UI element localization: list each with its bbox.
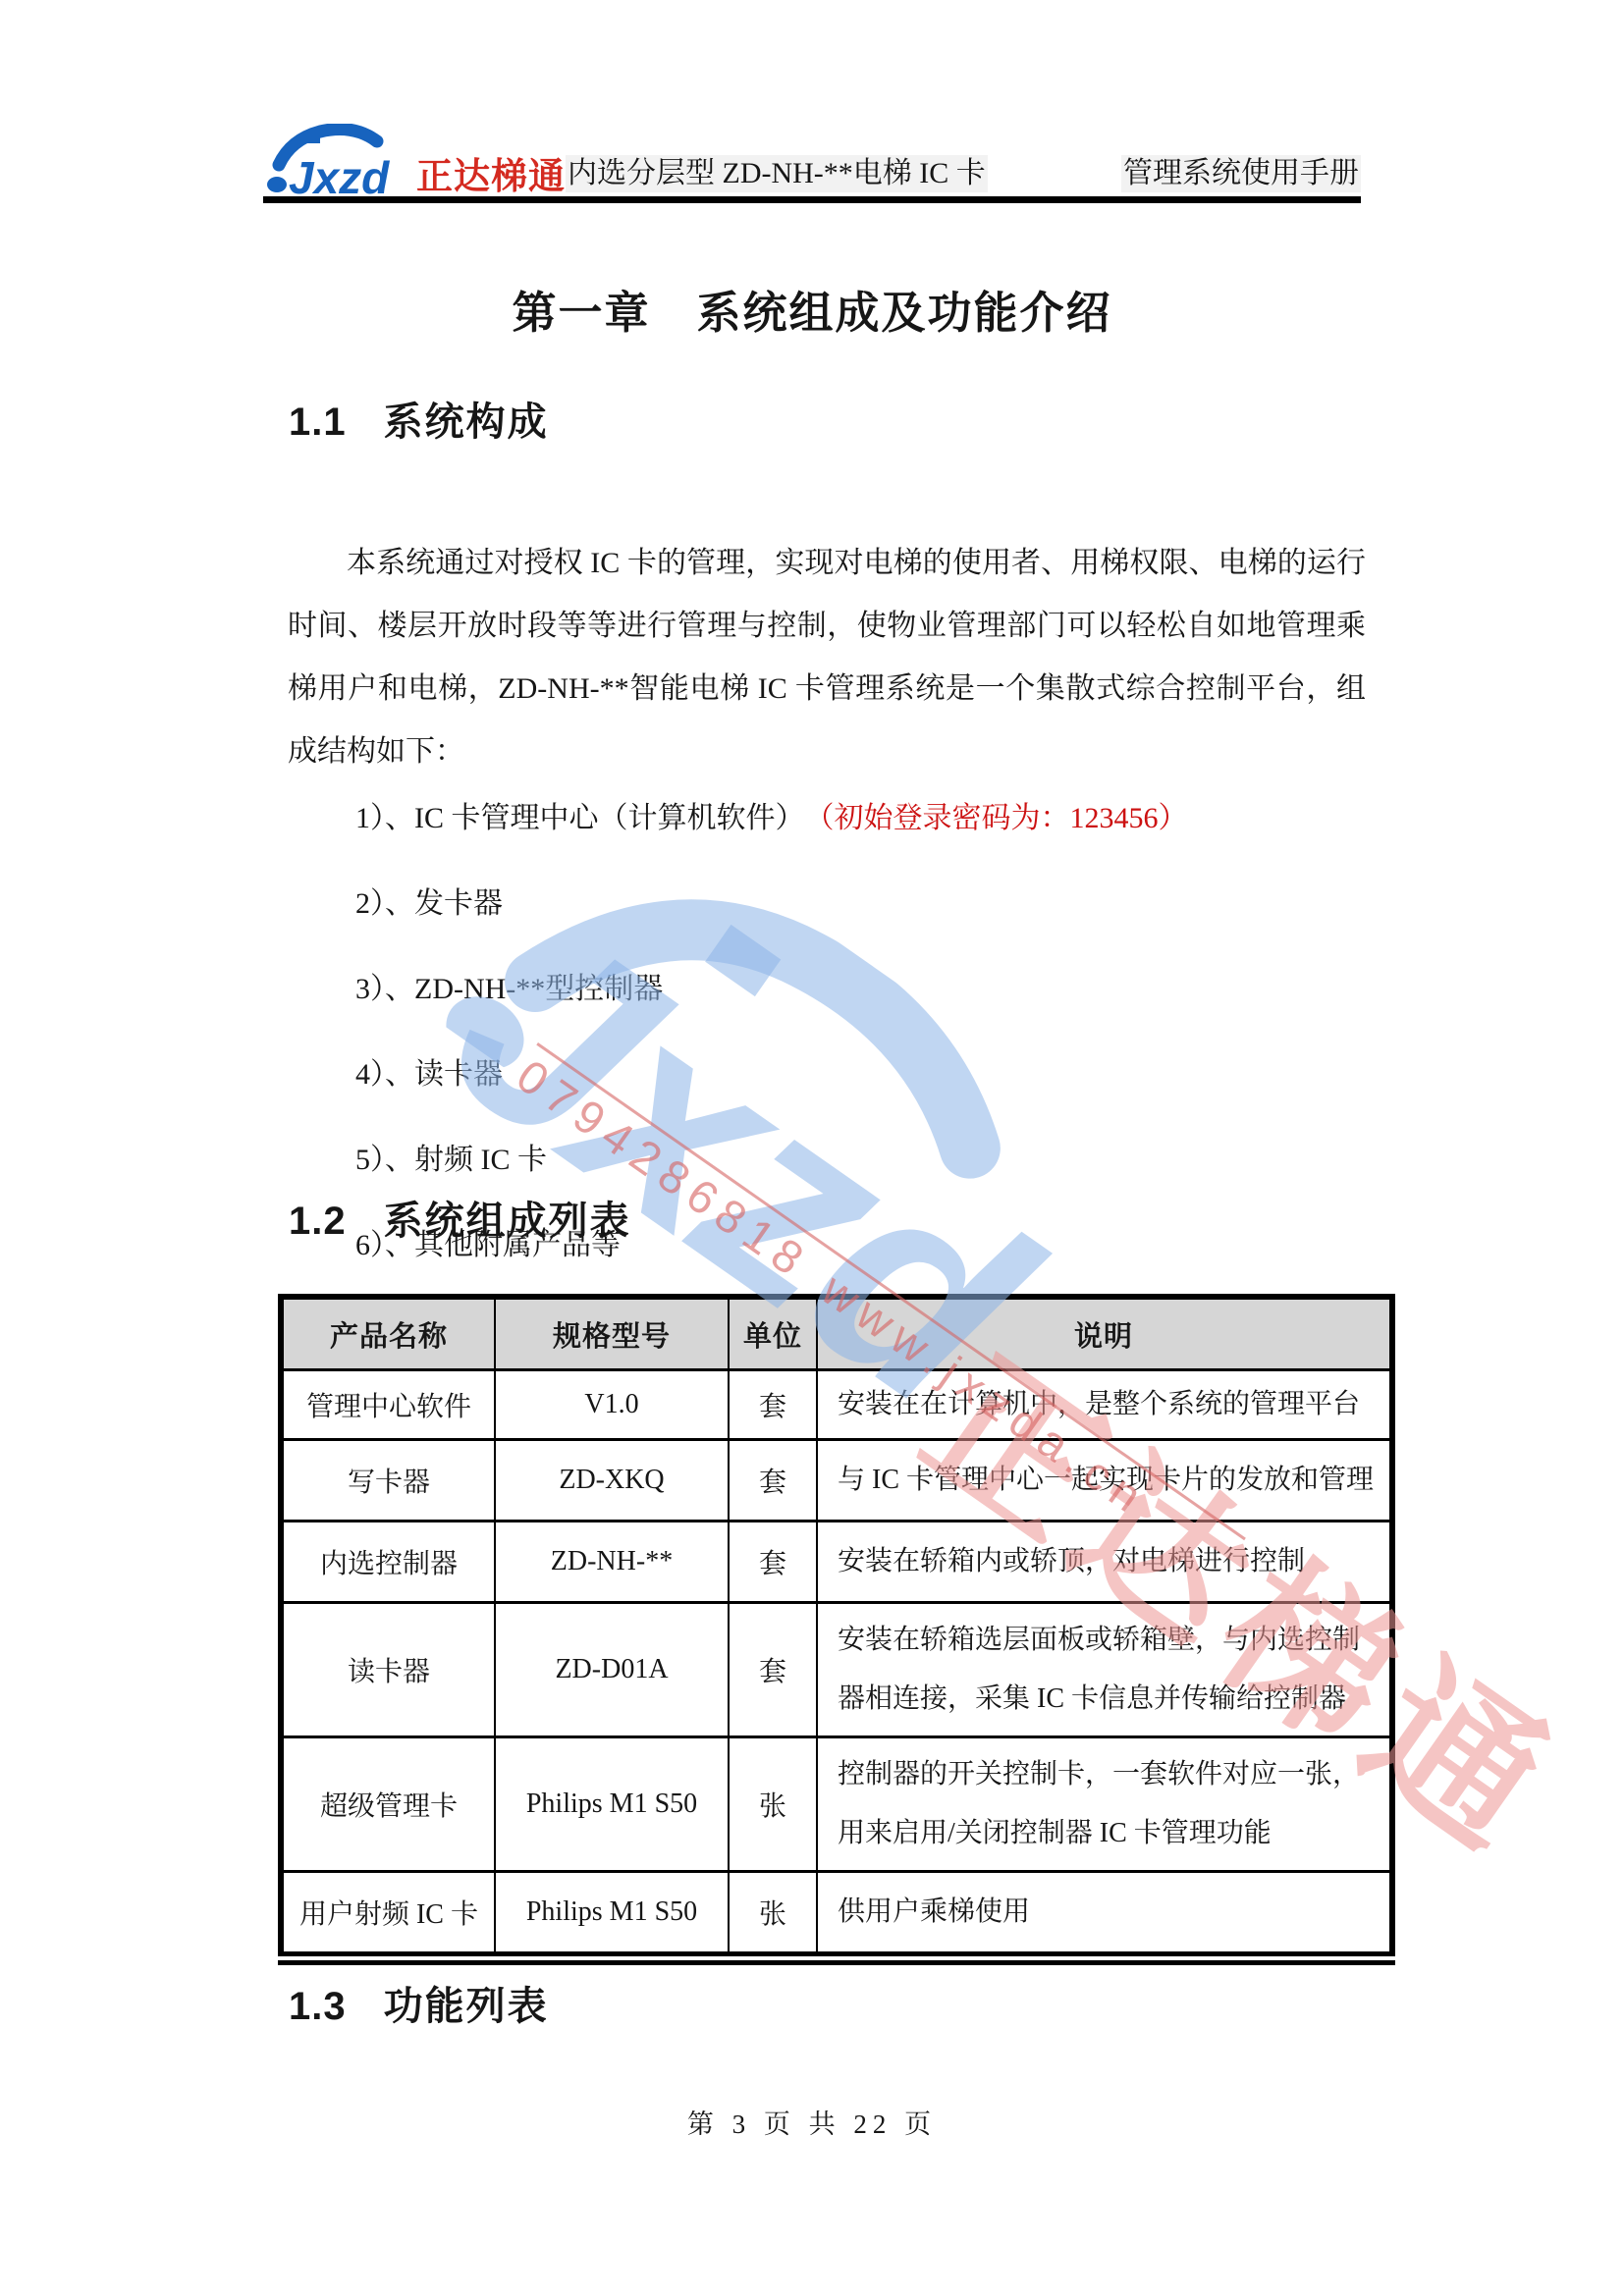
table-row: 超级管理卡 Philips M1 S50 张 控制器的开关控制卡，一套软件对应一… bbox=[281, 1737, 1392, 1872]
section-heading-1-3: 1.3 功能列表 bbox=[289, 1975, 549, 2031]
page-number-footer: 第 3 页 共 22 页 bbox=[0, 2103, 1624, 2141]
section-title: 系统构成 bbox=[384, 391, 549, 447]
header-left: Jxzd 正达梯通 内选分层型 ZD-NH-**电梯 IC 卡 bbox=[263, 124, 988, 196]
table-cell-unit: 张 bbox=[729, 1872, 817, 1959]
list-item-text: 5）、射频 IC 卡 bbox=[355, 1135, 547, 1178]
company-logo: Jxzd 正达梯通 bbox=[263, 124, 566, 196]
table-row: 内选控制器 ZD-NH-** 套 安装在轿箱内或轿顶，对电梯进行控制 bbox=[281, 1522, 1392, 1603]
table-cell-desc: 控制器的开关控制卡，一套软件对应一张，用来启用/关闭控制器 IC 卡管理功能 bbox=[817, 1737, 1392, 1872]
page-header: Jxzd 正达梯通 内选分层型 ZD-NH-**电梯 IC 卡 管理系统使用手册 bbox=[263, 116, 1361, 203]
intro-paragraph: 本系统通过对授权 IC 卡的管理，实现对电梯的使用者、用梯权限、电梯的运行时间、… bbox=[288, 532, 1366, 783]
table-cell-model: ZD-D01A bbox=[495, 1603, 729, 1737]
section-heading-1-1: 1.1 系统构成 bbox=[289, 391, 549, 447]
list-item-text: 1）、IC 卡管理中心（计算机软件） bbox=[355, 793, 805, 836]
table-cell-name: 管理中心软件 bbox=[281, 1370, 495, 1440]
table-cell-unit: 张 bbox=[729, 1737, 817, 1872]
table-header-cell: 说明 bbox=[817, 1297, 1392, 1370]
table-cell-unit: 套 bbox=[729, 1522, 817, 1603]
table-cell-name: 超级管理卡 bbox=[281, 1737, 495, 1872]
section-number: 1.2 bbox=[289, 1200, 347, 1244]
table-cell-model: ZD-XKQ bbox=[495, 1440, 729, 1522]
table-cell-model: Philips M1 S50 bbox=[495, 1872, 729, 1959]
list-item: 4）、读卡器 bbox=[355, 1028, 1337, 1113]
logo-company-name: 正达梯通 bbox=[416, 158, 566, 194]
table-cell-model: V1.0 bbox=[495, 1370, 729, 1440]
table-cell-desc: 安装在在计算机中，是整个系统的管理平台 bbox=[817, 1370, 1392, 1440]
table-cell-unit: 套 bbox=[729, 1440, 817, 1522]
section-number: 1.1 bbox=[289, 400, 347, 445]
table-cell-desc: 供用户乘梯使用 bbox=[817, 1872, 1392, 1959]
table-cell-desc: 安装在轿箱选层面板或轿箱壁，与内选控制器相连接，采集 IC 卡信息并传输给控制器 bbox=[817, 1603, 1392, 1737]
header-manual-title: 管理系统使用手册 bbox=[1121, 155, 1361, 192]
table-cell-model: Philips M1 S50 bbox=[495, 1737, 729, 1872]
list-item-text: 3）、ZD-NH-**型控制器 bbox=[355, 964, 663, 1007]
section-title: 功能列表 bbox=[384, 1975, 549, 2031]
header-doc-type: 内选分层型 ZD-NH-**电梯 IC 卡 bbox=[566, 155, 988, 192]
table-header-cell: 产品名称 bbox=[281, 1297, 495, 1370]
table-cell-name: 用户射频 IC 卡 bbox=[281, 1872, 495, 1959]
chapter-title: 第一章 系统组成及功能介绍 bbox=[0, 277, 1624, 341]
list-item: 5）、射频 IC 卡 bbox=[355, 1113, 1337, 1199]
table-cell-name: 写卡器 bbox=[281, 1440, 495, 1522]
table-header-cell: 单位 bbox=[729, 1297, 817, 1370]
section-heading-1-2: 1.2 系统组成列表 bbox=[289, 1190, 631, 1246]
list-item-note: （初始登录密码为：123456） bbox=[805, 793, 1188, 836]
document-page: Jxzd 正达梯通 内选分层型 ZD-NH-**电梯 IC 卡 管理系统使用手册… bbox=[0, 0, 1624, 2296]
house-roof-logo-icon: Jxzd bbox=[263, 124, 418, 196]
table-header-cell: 规格型号 bbox=[495, 1297, 729, 1370]
table-cell-name: 内选控制器 bbox=[281, 1522, 495, 1603]
table-row: 用户射频 IC 卡 Philips M1 S50 张 供用户乘梯使用 bbox=[281, 1872, 1392, 1959]
table-cell-desc: 与 IC 卡管理中心一起实现卡片的发放和管理 bbox=[817, 1440, 1392, 1522]
table-cell-desc: 安装在轿箱内或轿顶，对电梯进行控制 bbox=[817, 1522, 1392, 1603]
table-cell-unit: 套 bbox=[729, 1370, 817, 1440]
section-title: 系统组成列表 bbox=[384, 1190, 631, 1246]
svg-text:Jxzd: Jxzd bbox=[289, 152, 390, 196]
section-number: 1.3 bbox=[289, 1985, 347, 2029]
list-item: 1）、IC 卡管理中心（计算机软件）（初始登录密码为：123456） bbox=[355, 772, 1337, 857]
list-item-text: 2）、发卡器 bbox=[355, 879, 503, 922]
table-cell-model: ZD-NH-** bbox=[495, 1522, 729, 1603]
component-table: 产品名称 规格型号 单位 说明 管理中心软件 V1.0 套 安装在在计算机中，是… bbox=[278, 1294, 1395, 1965]
table-cell-name: 读卡器 bbox=[281, 1603, 495, 1737]
list-item-text: 4）、读卡器 bbox=[355, 1049, 503, 1093]
table-row: 读卡器 ZD-D01A 套 安装在轿箱选层面板或轿箱壁，与内选控制器相连接，采集… bbox=[281, 1603, 1392, 1737]
table-header-row: 产品名称 规格型号 单位 说明 bbox=[281, 1297, 1392, 1370]
table-row: 写卡器 ZD-XKQ 套 与 IC 卡管理中心一起实现卡片的发放和管理 bbox=[281, 1440, 1392, 1522]
table-cell-unit: 套 bbox=[729, 1603, 817, 1737]
list-item: 3）、ZD-NH-**型控制器 bbox=[355, 942, 1337, 1028]
list-item: 2）、发卡器 bbox=[355, 857, 1337, 942]
table-row: 管理中心软件 V1.0 套 安装在在计算机中，是整个系统的管理平台 bbox=[281, 1370, 1392, 1440]
